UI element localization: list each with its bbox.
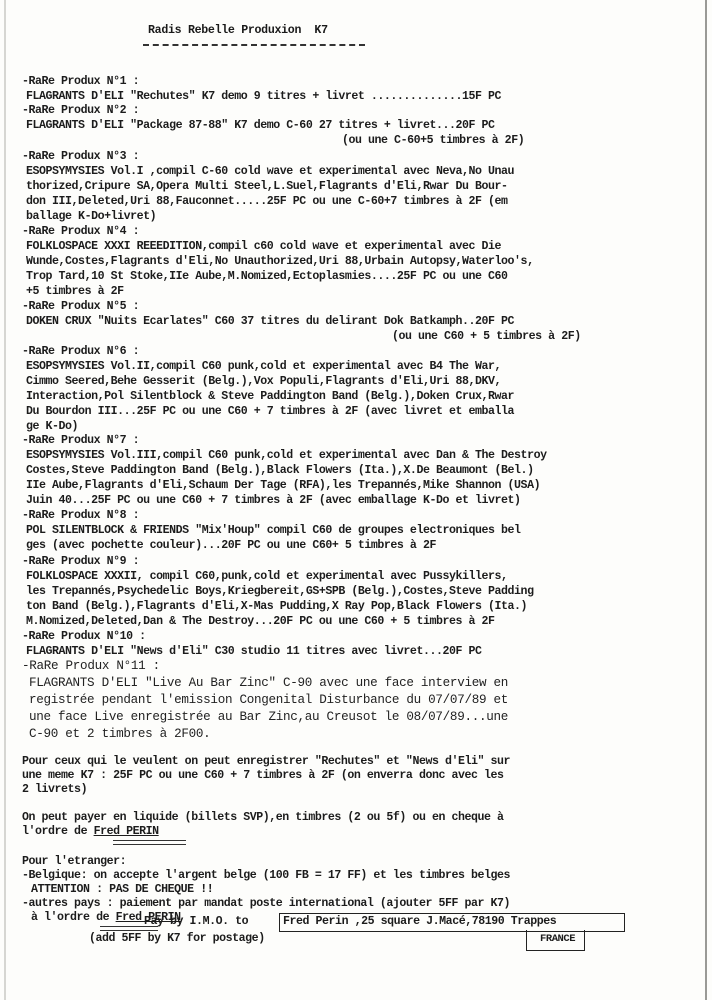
catalog-heading: -RaRe Produx N°5 : bbox=[22, 300, 139, 314]
combo-line-2: une meme K7 : 25F PC ou une C60 + 7 timb… bbox=[22, 769, 504, 783]
payment-line-1: On peut payer en liquide (billets SVP),e… bbox=[22, 811, 504, 825]
payee-name: Fred PERIN bbox=[94, 825, 159, 838]
combo-line-3: 2 livrets) bbox=[22, 783, 87, 797]
catalog-description-line: Juin 40...25F PC ou une C60 + 7 timbres … bbox=[26, 494, 521, 508]
catalog-description-line: FLAGRANTS D'ELI "Rechutes" K7 demo 9 tit… bbox=[26, 90, 501, 104]
catalog-description-line: (ou une C60 + 5 timbres à 2F) bbox=[392, 330, 581, 344]
catalog-heading: -RaRe Produx N°10 : bbox=[22, 630, 146, 644]
page-title: Radis Rebelle Produxion K7 bbox=[148, 24, 328, 37]
address-text: Fred Perin ,25 square J.Macé,78190 Trapp… bbox=[283, 915, 556, 929]
catalog-description-line: ballage K-Do+livret) bbox=[26, 210, 156, 224]
catalog-description-line: don III,Deleted,Uri 88,Fauconnet.....25F… bbox=[26, 195, 508, 209]
catalog-heading: -RaRe Produx N°8 : bbox=[22, 509, 139, 523]
catalog-heading: -RaRe Produx N°9 : bbox=[22, 555, 139, 569]
catalog-description-line: ESOPSYMYSIES Vol.I ,compil C-60 cold wav… bbox=[26, 165, 514, 179]
catalog-heading: -RaRe Produx N°3 : bbox=[22, 150, 139, 164]
catalog-description-line: Trop Tard,10 St Stoke,IIe Aube,M.Nomized… bbox=[26, 270, 508, 284]
catalog-description-line: thorized,Cripure SA,Opera Multi Steel,L.… bbox=[26, 180, 508, 194]
catalog-heading: -RaRe Produx N°2 : bbox=[22, 104, 139, 118]
abroad-heading: Pour l'etranger: bbox=[22, 855, 126, 869]
catalog-heading: -RaRe Produx N°6 : bbox=[22, 345, 139, 359]
order-prefix: à l'ordre de bbox=[31, 911, 116, 924]
title-underline bbox=[143, 44, 365, 46]
catalog-description-line: DOKEN CRUX "Nuits Ecarlates" C60 37 titr… bbox=[26, 315, 514, 329]
payment-line-2: l'ordre de Fred PERIN bbox=[22, 825, 159, 839]
page-edge bbox=[4, 0, 6, 1000]
catalog-description-line: Wunde,Costes,Flagrants d'Eli,No Unauthor… bbox=[26, 255, 534, 269]
catalog-heading: -RaRe Produx N°11 : bbox=[22, 659, 160, 673]
catalog-description-line: une face Live enregistrée au Bar Zinc,au… bbox=[29, 710, 508, 724]
catalog-description-line: IIe Aube,Flagrants d'Eli,Schaum Der Tage… bbox=[26, 479, 540, 493]
catalog-heading: -RaRe Produx N°7 : bbox=[22, 434, 139, 448]
catalog-description-line: FLAGRANTS D'ELI "Package 87-88" K7 demo … bbox=[26, 119, 495, 133]
catalog-description-line: ges (avec pochette couleur)...20F PC ou … bbox=[26, 539, 436, 553]
catalog-heading: -RaRe Produx N°1 : bbox=[22, 75, 139, 89]
payment-prefix: l'ordre de bbox=[22, 825, 94, 838]
other-countries-line: -autres pays : paiement par mandat poste… bbox=[22, 897, 510, 911]
catalog-description-line: ESOPSYMYSIES Vol.II,compil C60 punk,cold… bbox=[26, 360, 501, 374]
warning-line: ATTENTION : PAS DE CHEQUE !! bbox=[31, 883, 213, 897]
catalog-heading: -RaRe Produx N°4 : bbox=[22, 225, 139, 239]
payee-underline bbox=[113, 840, 186, 845]
catalog-description-line: Costes,Steve Paddington Band (Belg.),Bla… bbox=[26, 464, 534, 478]
page-edge bbox=[705, 0, 707, 1000]
catalog-description-line: ESOPSYMYSIES Vol.III,compil C60 punk,col… bbox=[26, 449, 547, 463]
imo-label: Pay by I.M.O. to bbox=[144, 915, 248, 929]
catalog-description-line: M.Nomized,Deleted,Dan & The Destroy...20… bbox=[26, 615, 495, 629]
catalog-description-line: ton Band (Belg.),Flagrants d'Eli,X-Mas P… bbox=[26, 600, 527, 614]
belgium-line: -Belgique: on accepte l'argent belge (10… bbox=[22, 869, 510, 883]
catalog-description-line: FOLKLOSPACE XXXII, compil C60,punk,cold … bbox=[26, 570, 508, 584]
catalog-description-line: FOLKLOSPACE XXXI REEEDITION,compil c60 c… bbox=[26, 240, 501, 254]
catalog-description-line: POL SILENTBLOCK & FRIENDS "Mix'Houp" com… bbox=[26, 524, 521, 538]
catalog-description-line: Cimmo Seered,Behe Gesserit (Belg.),Vox P… bbox=[26, 375, 501, 389]
catalog-description-line: ge K-Do) bbox=[26, 420, 78, 434]
catalog-description-line: +5 timbres à 2F bbox=[26, 285, 124, 299]
combo-line-1: Pour ceux qui le veulent on peut enregis… bbox=[22, 755, 510, 769]
country-text: FRANCE bbox=[540, 932, 575, 946]
catalog-description-line: Du Bourdon III...25F PC ou une C60 + 7 t… bbox=[26, 405, 514, 419]
catalog-description-line: (ou une C-60+5 timbres à 2F) bbox=[342, 134, 524, 148]
catalog-description-line: registrée pendant l'emission Congenital … bbox=[29, 693, 508, 707]
catalog-description-line: C-90 et 2 timbres à 2F00. bbox=[29, 727, 210, 741]
postage-note: (add 5FF by K7 for postage) bbox=[89, 932, 265, 946]
catalog-description-line: FLAGRANTS D'ELI "News d'Eli" C30 studio … bbox=[26, 645, 482, 659]
catalog-description-line: les Trepannés,Psychedelic Boys,Kriegbere… bbox=[26, 585, 534, 599]
catalog-description-line: FLAGRANTS D'ELI "Live Au Bar Zinc" C-90 … bbox=[29, 676, 508, 690]
catalog-description-line: Interaction,Pol Silentblock & Steve Padd… bbox=[26, 390, 514, 404]
